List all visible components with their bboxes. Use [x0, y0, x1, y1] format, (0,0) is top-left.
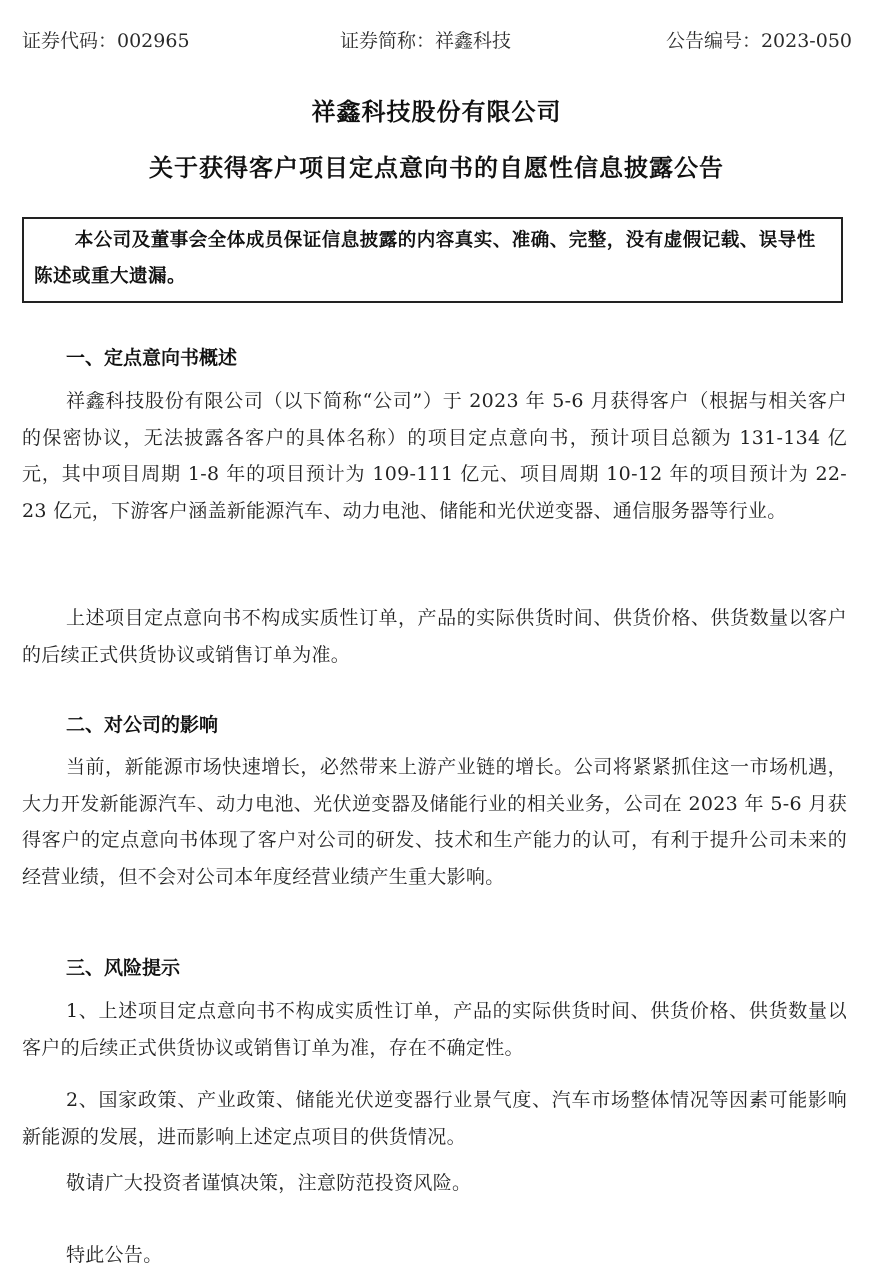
announcement-number: 公告编号：2023-050 [666, 26, 852, 53]
board-guarantee-notice-text: 本公司及董事会全体成员保证信息披露的内容真实、准确、完整，没有虚假记载、误导性陈… [34, 223, 831, 295]
board-guarantee-notice-box: 本公司及董事会全体成员保证信息披露的内容真实、准确、完整，没有虚假记载、误导性陈… [22, 217, 843, 303]
closing-statement: 特此公告。 [22, 1237, 847, 1274]
risk-item-1: 1、上述项目定点意向书不构成实质性订单，产品的实际供货时间、供货价格、供货数量以… [22, 993, 847, 1066]
announcement-title: 关于获得客户项目定点意向书的自愿性信息披露公告 [0, 148, 873, 183]
stock-short-name: 证券简称：祥鑫科技 [340, 26, 511, 53]
stock-code: 证券代码：002965 [22, 26, 190, 53]
section-heading-overview: 一、定点意向书概述 [66, 343, 237, 370]
section-impact-paragraph-1: 当前，新能源市场快速增长，必然带来上游产业链的增长。公司将紧紧抓住这一市场机遇，… [22, 749, 847, 895]
company-title: 祥鑫科技股份有限公司 [0, 92, 873, 127]
section-overview-paragraph-1: 祥鑫科技股份有限公司（以下简称“公司”）于 2023 年 5-6 月获得客户（根… [22, 383, 847, 529]
section-heading-impact: 二、对公司的影响 [66, 710, 218, 737]
announcement-page: 证券代码：002965 证券简称：祥鑫科技 公告编号：2023-050 祥鑫科技… [0, 0, 873, 1287]
section-heading-risk: 三、风险提示 [66, 953, 180, 980]
document-header: 证券代码：002965 证券简称：祥鑫科技 公告编号：2023-050 [22, 26, 852, 56]
section-overview-paragraph-2: 上述项目定点意向书不构成实质性订单，产品的实际供货时间、供货价格、供货数量以客户… [22, 600, 847, 673]
investor-caution: 敬请广大投资者谨慎决策，注意防范投资风险。 [22, 1165, 847, 1202]
risk-item-2: 2、国家政策、产业政策、储能光伏逆变器行业景气度、汽车市场整体情况等因素可能影响… [22, 1082, 847, 1155]
